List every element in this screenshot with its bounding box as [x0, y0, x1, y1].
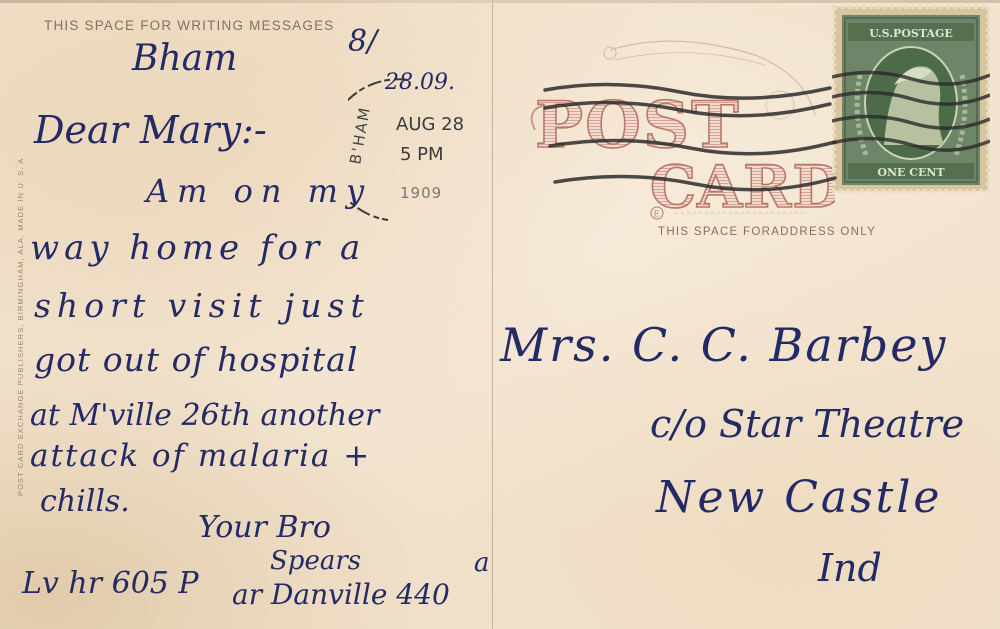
message-line: Am on my: [146, 172, 372, 210]
message-line: got out of hospital: [34, 340, 358, 379]
postcard-logo: POST CARD E: [515, 35, 835, 220]
postmark-time: 5 PM: [400, 144, 444, 165]
message-line: short visit just: [34, 286, 370, 325]
publisher-mark: E: [654, 210, 660, 219]
address-space-label: THIS SPACE FORADDRESS ONLY: [658, 226, 876, 238]
publisher-imprint: POST CARD EXCHANGE PUBLISHERS, BIRMINGHA…: [16, 158, 25, 496]
travel-note-leave: Lv hr 605 P: [22, 566, 199, 601]
signature-name: Spears: [270, 546, 361, 576]
stamp-top-text: U.S.POSTAGE: [869, 27, 953, 40]
recipient-state: Ind: [818, 546, 882, 590]
date-note-day-year: 28.09.: [385, 70, 455, 95]
recipient-care-of: c/o Star Theatre: [650, 402, 964, 446]
stamp-bottom-text: ONE CENT: [877, 166, 945, 179]
travel-note-arrive: ar Danville 440: [232, 578, 450, 611]
place-name: Bham: [132, 38, 237, 79]
postmark-date: AUG 28: [396, 114, 464, 135]
postcard-back: THIS SPACE FOR WRITING MESSAGES POST CAR…: [0, 0, 1000, 629]
postage-stamp: U.S.POSTAGE ONE CENT: [832, 5, 990, 193]
signature-closing: Your Bro: [198, 510, 331, 545]
message-line: way home for a: [30, 228, 365, 268]
recipient-city: New Castle: [656, 472, 942, 523]
postcard-logo-post: POST: [535, 88, 741, 163]
recipient-name: Mrs. C. C. Barbey: [500, 318, 947, 372]
travel-note-am: a: [474, 548, 490, 578]
greeting: Dear Mary:-: [34, 108, 267, 152]
date-note-month: 8/: [348, 24, 377, 59]
message-line: attack of malaria +: [30, 438, 371, 474]
postmark-city: B'HAM: [348, 105, 374, 166]
message-space-header: THIS SPACE FOR WRITING MESSAGES: [44, 18, 334, 33]
message-line: at M'ville 26th another: [30, 398, 379, 433]
postmark-year: 1909: [400, 184, 442, 202]
postcard-logo-card: CARD: [650, 153, 835, 220]
message-line: chills.: [40, 484, 130, 519]
